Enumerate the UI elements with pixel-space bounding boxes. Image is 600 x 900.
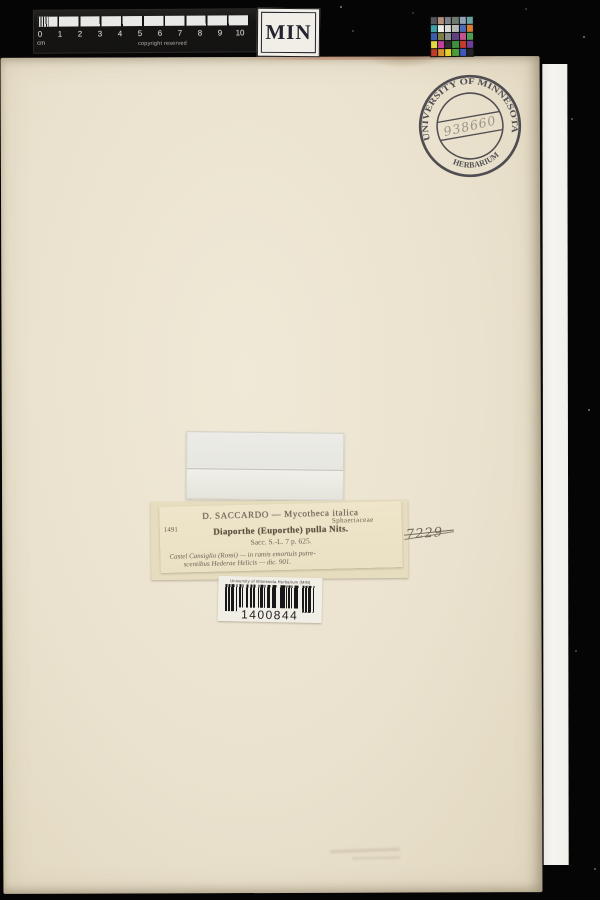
barcode-label: University of Minnesota Herbarium (MIN) … bbox=[218, 576, 323, 623]
label-locality-line2: scentibus Hederae Helicis — dic. 901. bbox=[184, 558, 292, 569]
specimen-packet bbox=[186, 431, 345, 501]
ruler-number: 5 bbox=[134, 29, 146, 38]
color-patch bbox=[467, 49, 473, 56]
color-patch bbox=[467, 17, 473, 24]
color-patch bbox=[460, 25, 466, 32]
color-patch bbox=[431, 17, 437, 24]
color-patch bbox=[445, 49, 451, 56]
ruler-number: 2 bbox=[74, 29, 86, 38]
herbarium-code: MIN bbox=[265, 20, 311, 45]
color-patch bbox=[452, 17, 458, 24]
dust-specks bbox=[0, 0, 2, 2]
ruler-number: 3 bbox=[94, 29, 106, 38]
color-patch bbox=[459, 17, 465, 24]
color-patch bbox=[453, 49, 459, 56]
ruler-number: 6 bbox=[154, 29, 166, 38]
color-chart bbox=[430, 16, 474, 57]
ruler-scale-bar bbox=[38, 15, 250, 26]
ruler-mm-hatch bbox=[38, 17, 49, 27]
specimen-label: D. SACCARDO — Mycotheca italica Sphaeria… bbox=[159, 501, 403, 573]
color-patch bbox=[445, 41, 451, 48]
herbarium-stamp: UNIVERSITY OF MINNESOTA HERBARIUM 938660 bbox=[403, 59, 537, 193]
color-patch bbox=[431, 41, 437, 48]
color-patch bbox=[438, 25, 444, 32]
stamp-graphic: UNIVERSITY OF MINNESOTA HERBARIUM 938660 bbox=[403, 59, 537, 193]
ruler-copyright: copyright reserved bbox=[138, 41, 187, 47]
color-patch bbox=[445, 25, 451, 32]
color-patch bbox=[467, 41, 473, 48]
color-patch bbox=[453, 41, 459, 48]
color-patch bbox=[438, 33, 444, 40]
color-patch bbox=[445, 33, 451, 40]
color-patch bbox=[445, 17, 451, 24]
ruler-number: 0 bbox=[34, 30, 46, 39]
color-patch bbox=[460, 33, 466, 40]
ruler-number: 4 bbox=[114, 29, 126, 38]
ruler-number: 8 bbox=[194, 29, 206, 38]
stamp-top-arc-text: UNIVERSITY OF MINNESOTA bbox=[412, 68, 523, 151]
color-patch bbox=[460, 49, 466, 56]
color-patch bbox=[438, 49, 444, 56]
color-patch bbox=[452, 33, 458, 40]
svg-text:UNIVERSITY OF MINNESOTA: UNIVERSITY OF MINNESOTA bbox=[412, 68, 523, 151]
crossed-out-number: 7229 bbox=[405, 522, 454, 543]
color-patch bbox=[438, 17, 444, 24]
color-patch bbox=[431, 49, 437, 56]
herbarium-code-tag: MIN bbox=[257, 8, 320, 57]
sheet-corner-shadow bbox=[367, 56, 441, 67]
ruler-number: 9 bbox=[214, 28, 226, 37]
ruler-numbers: 0 1 2 3 4 5 6 7 8 9 10 bbox=[34, 28, 246, 38]
color-patch bbox=[431, 33, 437, 40]
barcode-number: 1400844 bbox=[237, 607, 302, 622]
ruler-number: 1 bbox=[54, 30, 66, 39]
color-patch bbox=[438, 41, 444, 48]
ruler-number: 7 bbox=[174, 29, 186, 38]
color-patch bbox=[467, 25, 473, 32]
ruler-unit-label: cm bbox=[37, 41, 45, 47]
color-patch bbox=[460, 41, 466, 48]
scale-ruler: 0 1 2 3 4 5 6 7 8 9 10 cm copyright rese… bbox=[33, 8, 257, 54]
specimen-photo: 0 1 2 3 4 5 6 7 8 9 10 cm copyright rese… bbox=[0, 0, 600, 900]
ruler-number: 10 bbox=[234, 28, 246, 37]
color-patch bbox=[467, 33, 473, 40]
color-patch bbox=[452, 25, 458, 32]
color-patch bbox=[431, 25, 437, 32]
adjacent-sheet-edge bbox=[542, 64, 568, 865]
